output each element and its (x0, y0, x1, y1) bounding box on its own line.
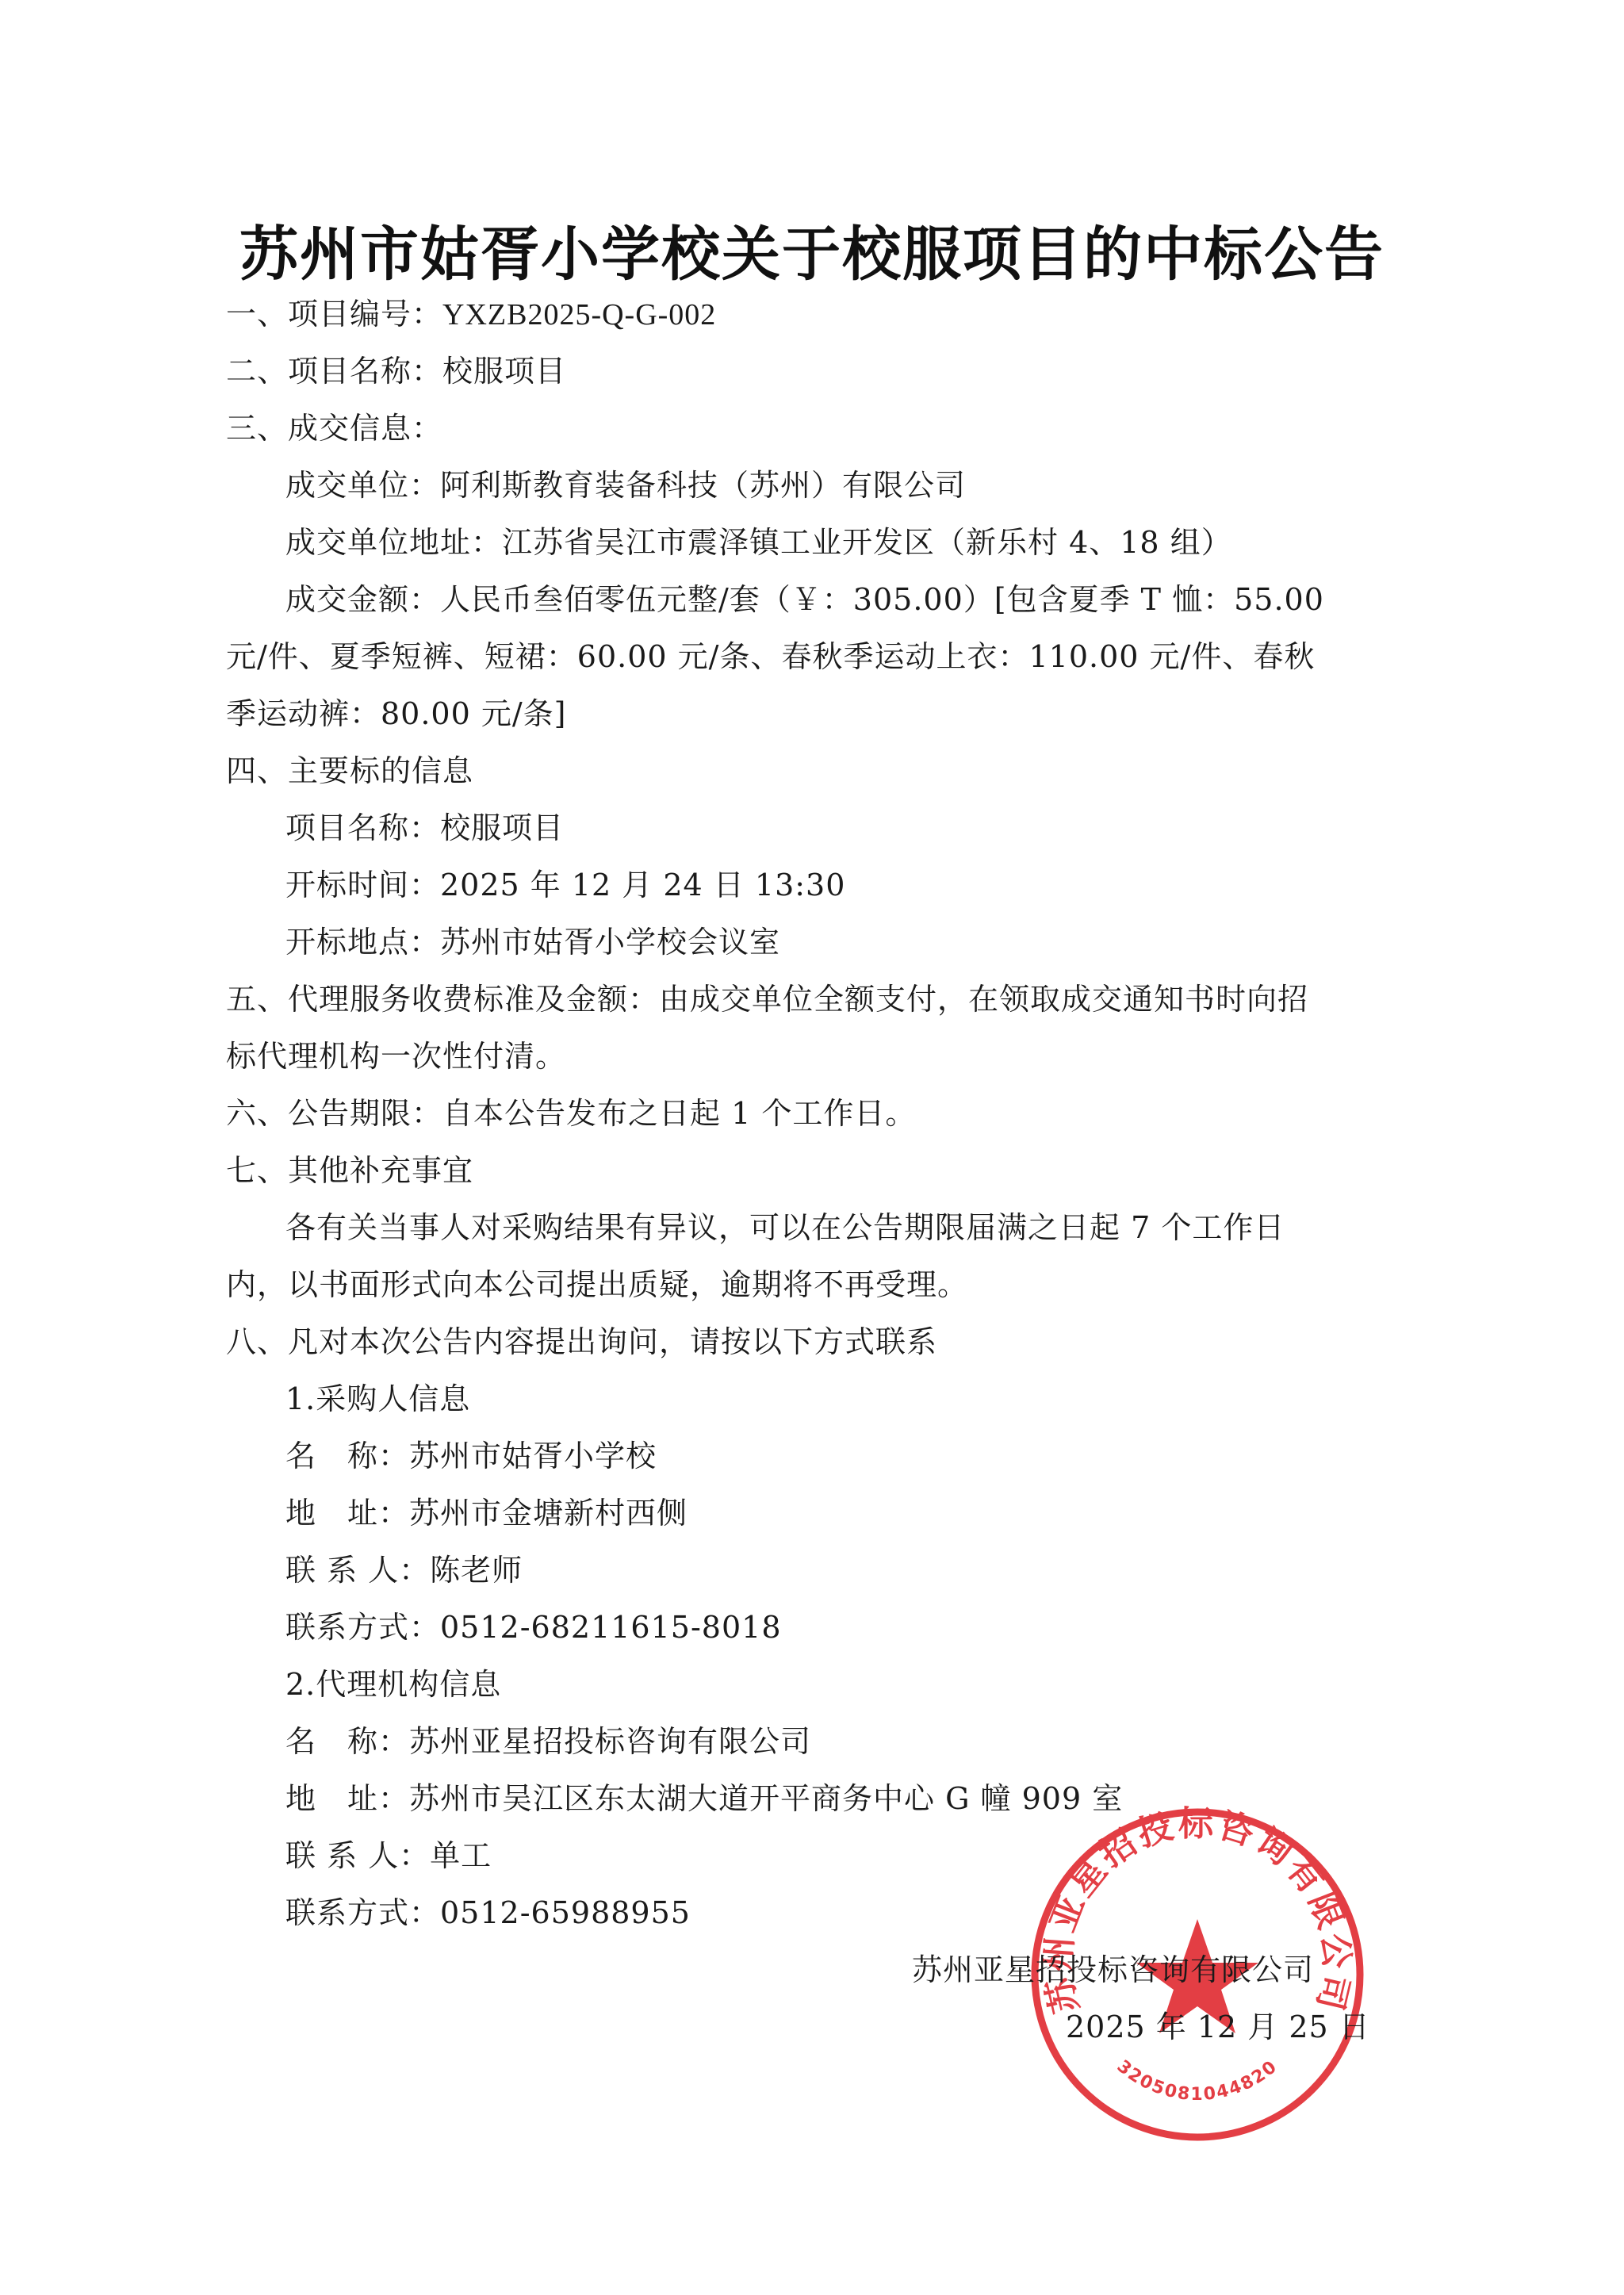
agency-name: 名 称：苏州亚星招投标咨询有限公司 (285, 1722, 811, 1761)
project-name-value: 校服项目 (442, 354, 566, 389)
agency-heading: 2.代理机构信息 (285, 1665, 501, 1703)
section-3-heading: 三、成交信息： (226, 409, 442, 447)
agency-address: 地 址：苏州市吴江区东太湖大道开平商务中心 G 幢 909 室 (285, 1780, 1123, 1818)
document-title: 苏州市姑胥小学校关于校服项目的中标公告 (0, 208, 1624, 292)
purchaser-name: 名 称：苏州市姑胥小学校 (285, 1437, 657, 1475)
subject-project-name: 项目名称：校服项目 (285, 809, 564, 847)
project-name-label: 二、项目名称： (226, 354, 442, 389)
award-amount-line-1: 成交金额：人民币叁佰零伍元整/套（￥：305.00）[包含夏季 T 恤：55.0… (285, 580, 1324, 619)
announcement-period: 六、公告期限：自本公告发布之日起 1 个工作日。 (226, 1094, 916, 1132)
project-number-label: 一、项目编号： (226, 297, 442, 331)
project-name-line: 二、项目名称：校服项目 (226, 352, 566, 390)
agency-fee-line-1: 五、代理服务收费标准及金额：由成交单位全额支付，在领取成交通知书时向招 (226, 980, 1308, 1018)
objection-line-1: 各有关当事人对采购结果有异议，可以在公告期限届满之日起 7 个工作日 (285, 1209, 1285, 1247)
svg-text:3205081044820: 3205081044820 (1113, 2056, 1282, 2105)
section-7-heading: 七、其他补充事宜 (226, 1151, 473, 1190)
award-amount-line-3: 季运动裤：80.00 元/条] (226, 695, 567, 733)
objection-line-2: 内，以书面形式向本公司提出质疑，逾期将不再受理。 (226, 1266, 968, 1304)
purchaser-contact: 联 系 人：陈老师 (285, 1551, 523, 1589)
agency-phone: 联系方式：0512-65988955 (285, 1894, 691, 1932)
purchaser-address: 地 址：苏州市金塘新村西侧 (285, 1494, 688, 1532)
section-4-heading: 四、主要标的信息 (226, 752, 473, 790)
project-number-value: YXZB2025-Q-G-002 (442, 298, 716, 331)
agency-contact: 联 系 人：单工 (285, 1837, 492, 1875)
winning-bidder: 成交单位：阿利斯教育装备科技（苏州）有限公司 (285, 466, 966, 504)
agency-fee-line-2: 标代理机构一次性付清。 (226, 1037, 566, 1075)
award-amount-line-2: 元/件、夏季短裤、短裙：60.00 元/条、春秋季运动上衣：110.00 元/件… (226, 638, 1315, 676)
signature-date: 2025 年 12 月 25 日 (1066, 2008, 1370, 2046)
bid-opening-place: 开标地点：苏州市姑胥小学校会议室 (285, 923, 780, 961)
project-number-line: 一、项目编号：YXZB2025-Q-G-002 (226, 295, 716, 334)
purchaser-phone: 联系方式：0512-68211615-8018 (285, 1608, 782, 1646)
section-8-heading: 八、凡对本次公告内容提出询问，请按以下方式联系 (226, 1323, 937, 1361)
bid-opening-time: 开标时间：2025 年 12 月 24 日 13:30 (285, 866, 845, 904)
purchaser-heading: 1.采购人信息 (285, 1380, 470, 1418)
signature-company: 苏州亚星招投标咨询有限公司 (912, 1951, 1314, 1989)
winning-bidder-address: 成交单位地址：江苏省吴江市震泽镇工业开发区（新乐村 4、18 组） (285, 523, 1232, 561)
announcement-page: 苏州市姑胥小学校关于校服项目的中标公告 一、项目编号：YXZB2025-Q-G-… (0, 0, 1624, 2295)
